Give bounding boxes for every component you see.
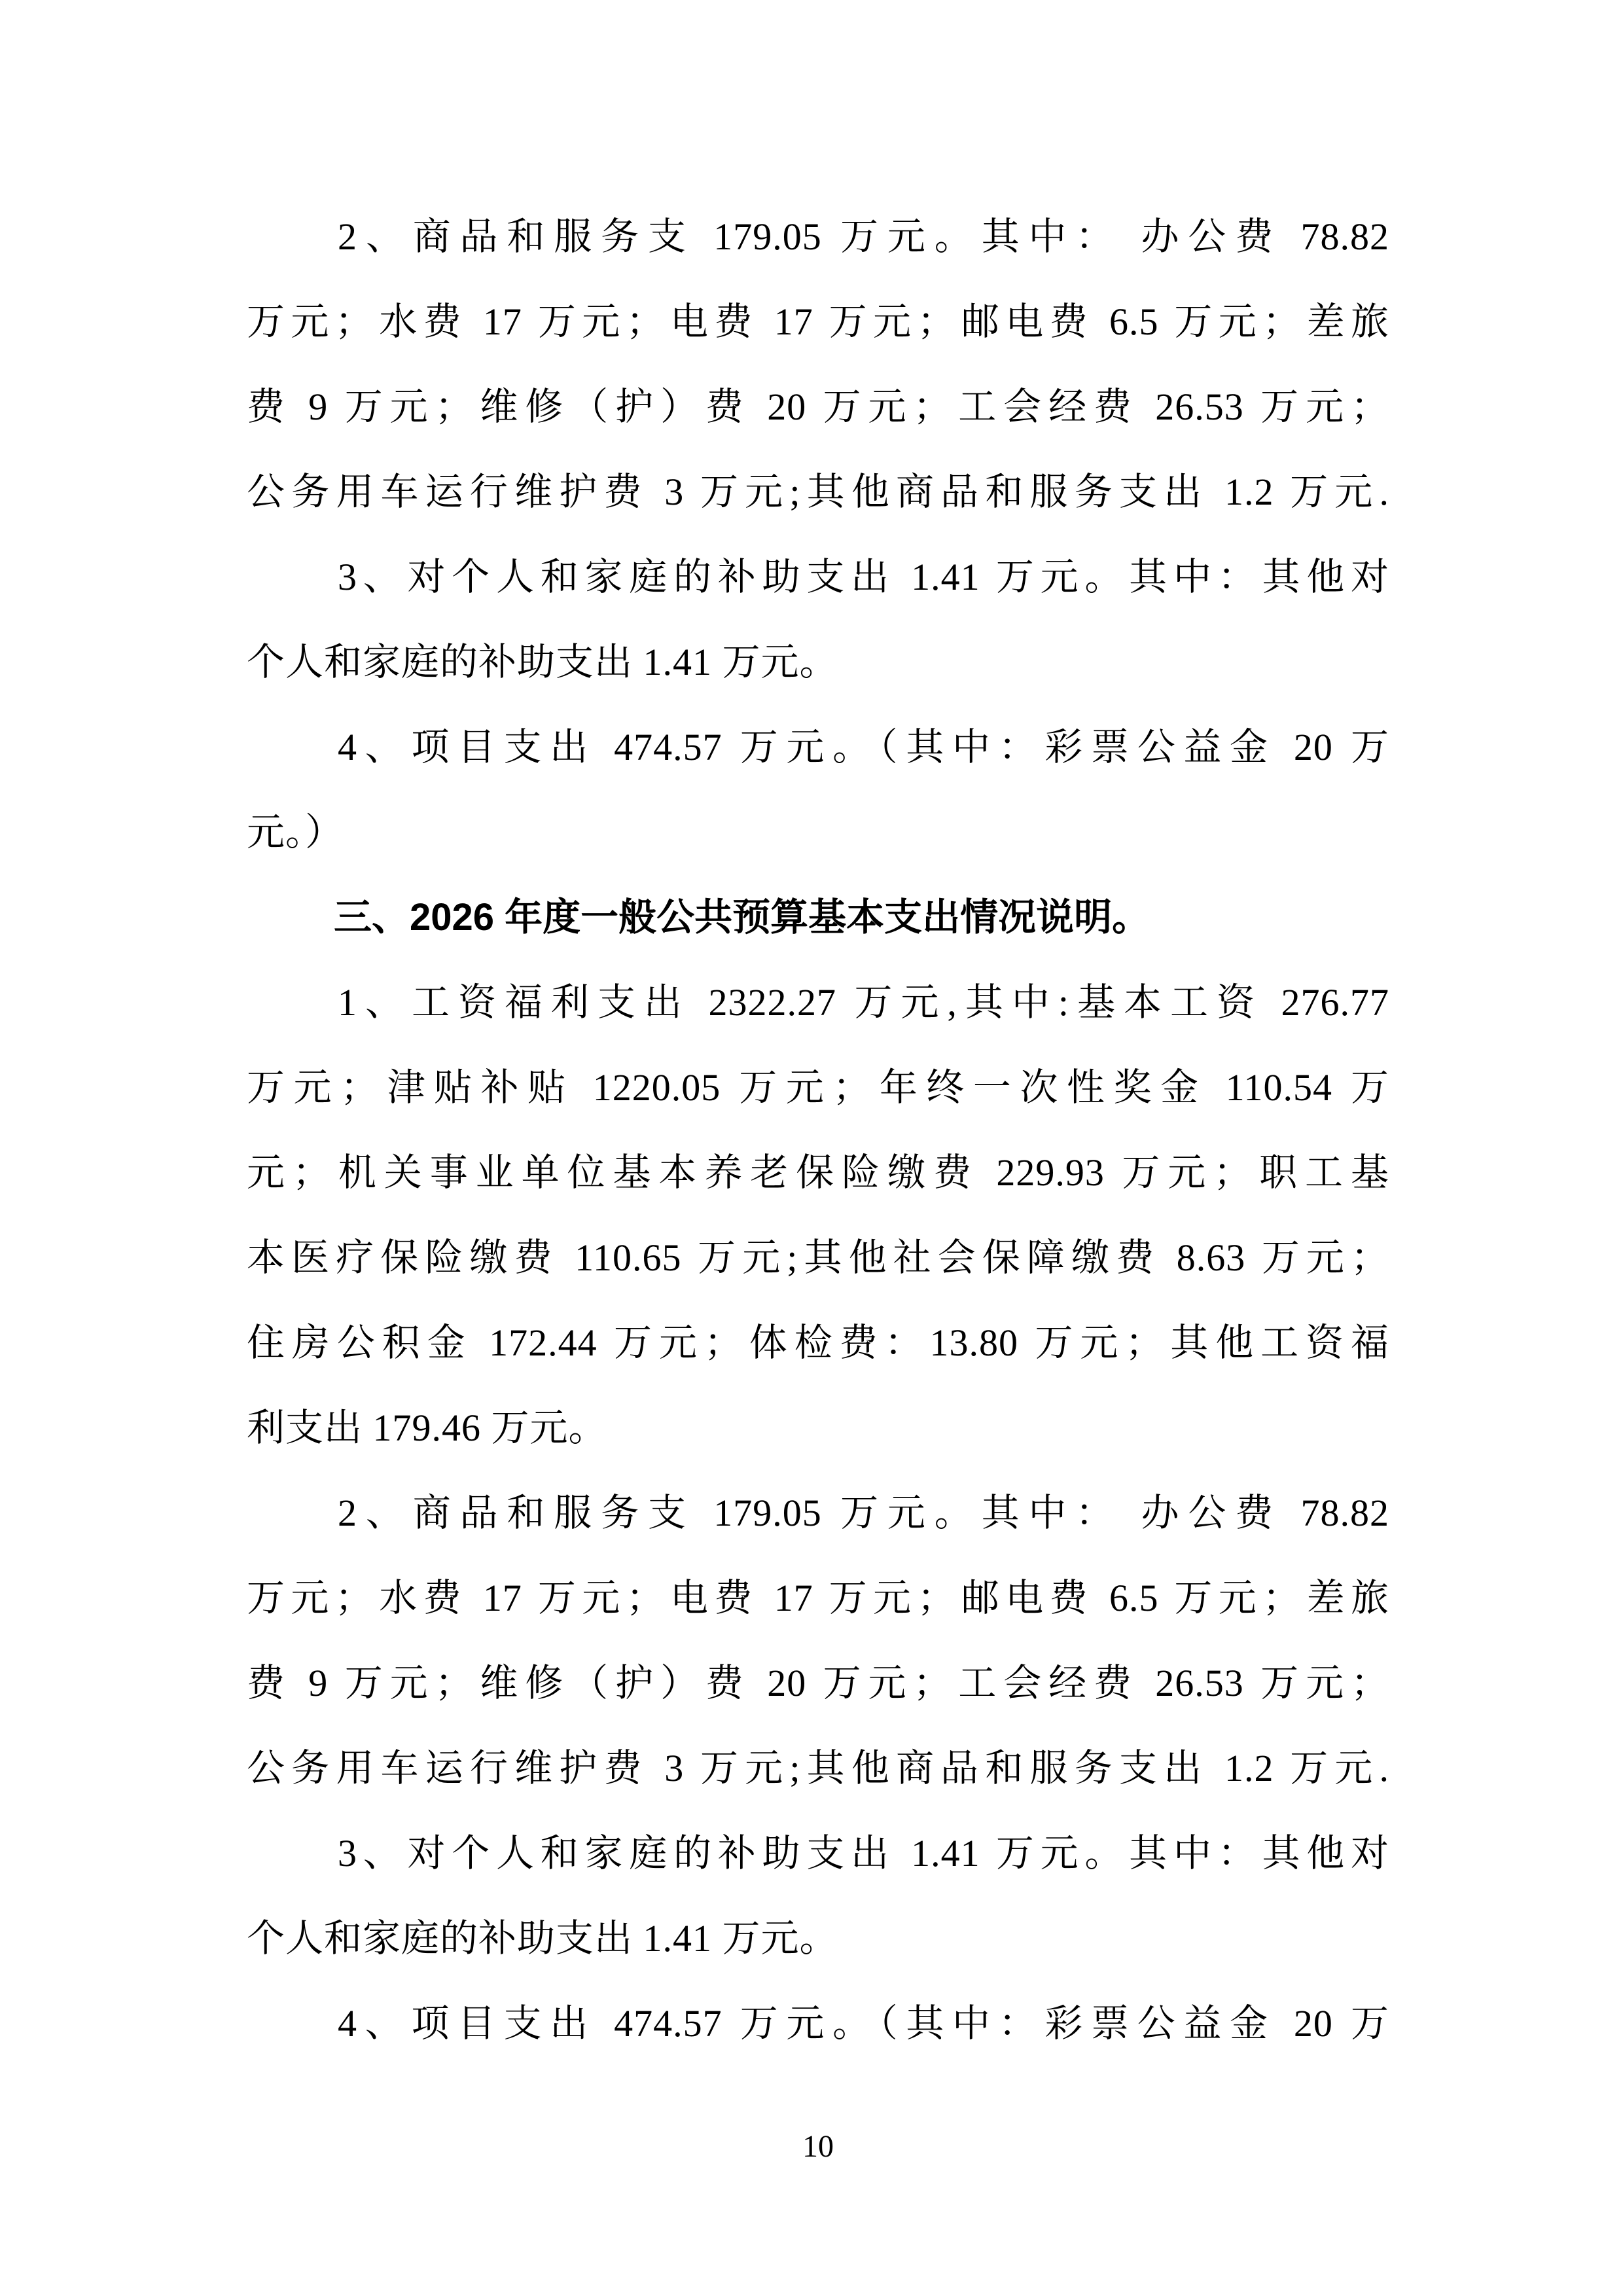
text-line: 费 9 万元；维修（护）费 20 万元；工会经费 26.53 万元； [247, 1641, 1389, 1726]
text-line: 公务用车运行维护费 3 万元;其他商品和服务支出 1.2 万元. [247, 1726, 1389, 1811]
text-line: 万元；水费 17 万元；电费 17 万元；邮电费 6.5 万元；差旅 [247, 1556, 1389, 1641]
paragraph-project-expenditure: 4、项目支出 474.57 万元。（其中：彩票公益金 20 万 元。） [247, 705, 1389, 875]
text-line: 费 9 万元；维修（护）费 20 万元；工会经费 26.53 万元； [247, 365, 1389, 450]
paragraph-project-expenditure-repeat: 4、项目支出 474.57 万元。（其中：彩票公益金 20 万 [247, 1981, 1389, 2066]
document-page: 2、商品和服务支 179.05 万元。其中： 办公费 78.82 万元；水费 1… [0, 0, 1623, 2296]
text-line: 2、商品和服务支 179.05 万元。其中： 办公费 78.82 [247, 194, 1389, 279]
paragraph-goods-services: 2、商品和服务支 179.05 万元。其中： 办公费 78.82 万元；水费 1… [247, 194, 1389, 535]
text-line: 公务用车运行维护费 3 万元;其他商品和服务支出 1.2 万元. [247, 450, 1389, 535]
text-line: 元。） [247, 790, 1389, 875]
text-line: 个人和家庭的补助支出 1.41 万元。 [247, 620, 1389, 705]
text-line: 万元；津贴补贴 1220.05 万元；年终一次性奖金 110.54 万 [247, 1045, 1389, 1130]
text-line: 个人和家庭的补助支出 1.41 万元。 [247, 1896, 1389, 1981]
paragraph-wages-welfare: 1、工资福利支出 2322.27 万元,其中:基本工资 276.77 万元；津贴… [247, 960, 1389, 1471]
section-heading-basic-expenditure: 三、2026 年度一般公共预算基本支出情况说明。 [247, 875, 1389, 960]
text-line: 4、项目支出 474.57 万元。（其中：彩票公益金 20 万 [247, 705, 1389, 790]
text-line: 本医疗保险缴费 110.65 万元;其他社会保障缴费 8.63 万元； [247, 1215, 1389, 1300]
paragraph-individual-family-subsidy: 3、对个人和家庭的补助支出 1.41 万元。其中：其他对 个人和家庭的补助支出 … [247, 535, 1389, 705]
text-line: 住房公积金 172.44 万元；体检费：13.80 万元；其他工资福 [247, 1300, 1389, 1386]
paragraph-goods-services-repeat: 2、商品和服务支 179.05 万元。其中： 办公费 78.82 万元；水费 1… [247, 1471, 1389, 1811]
section-heading: 三、2026 年度一般公共预算基本支出情况说明。 [247, 875, 1389, 960]
text-line: 利支出 179.46 万元。 [247, 1386, 1389, 1471]
text-line: 2、商品和服务支 179.05 万元。其中： 办公费 78.82 [247, 1471, 1389, 1556]
text-line: 3、对个人和家庭的补助支出 1.41 万元。其中：其他对 [247, 1811, 1389, 1896]
text-line: 1、工资福利支出 2322.27 万元,其中:基本工资 276.77 [247, 960, 1389, 1045]
page-footer: 10 [247, 2128, 1389, 2165]
text-line: 4、项目支出 474.57 万元。（其中：彩票公益金 20 万 [247, 1981, 1389, 2066]
page-content: 2、商品和服务支 179.05 万元。其中： 办公费 78.82 万元；水费 1… [247, 194, 1389, 2066]
paragraph-individual-family-subsidy-repeat: 3、对个人和家庭的补助支出 1.41 万元。其中：其他对 个人和家庭的补助支出 … [247, 1811, 1389, 1981]
text-line: 3、对个人和家庭的补助支出 1.41 万元。其中：其他对 [247, 535, 1389, 620]
text-line: 万元；水费 17 万元；电费 17 万元；邮电费 6.5 万元；差旅 [247, 279, 1389, 365]
text-line: 元；机关事业单位基本养老保险缴费 229.93 万元；职工基 [247, 1130, 1389, 1215]
page-number: 10 [802, 2129, 834, 2164]
